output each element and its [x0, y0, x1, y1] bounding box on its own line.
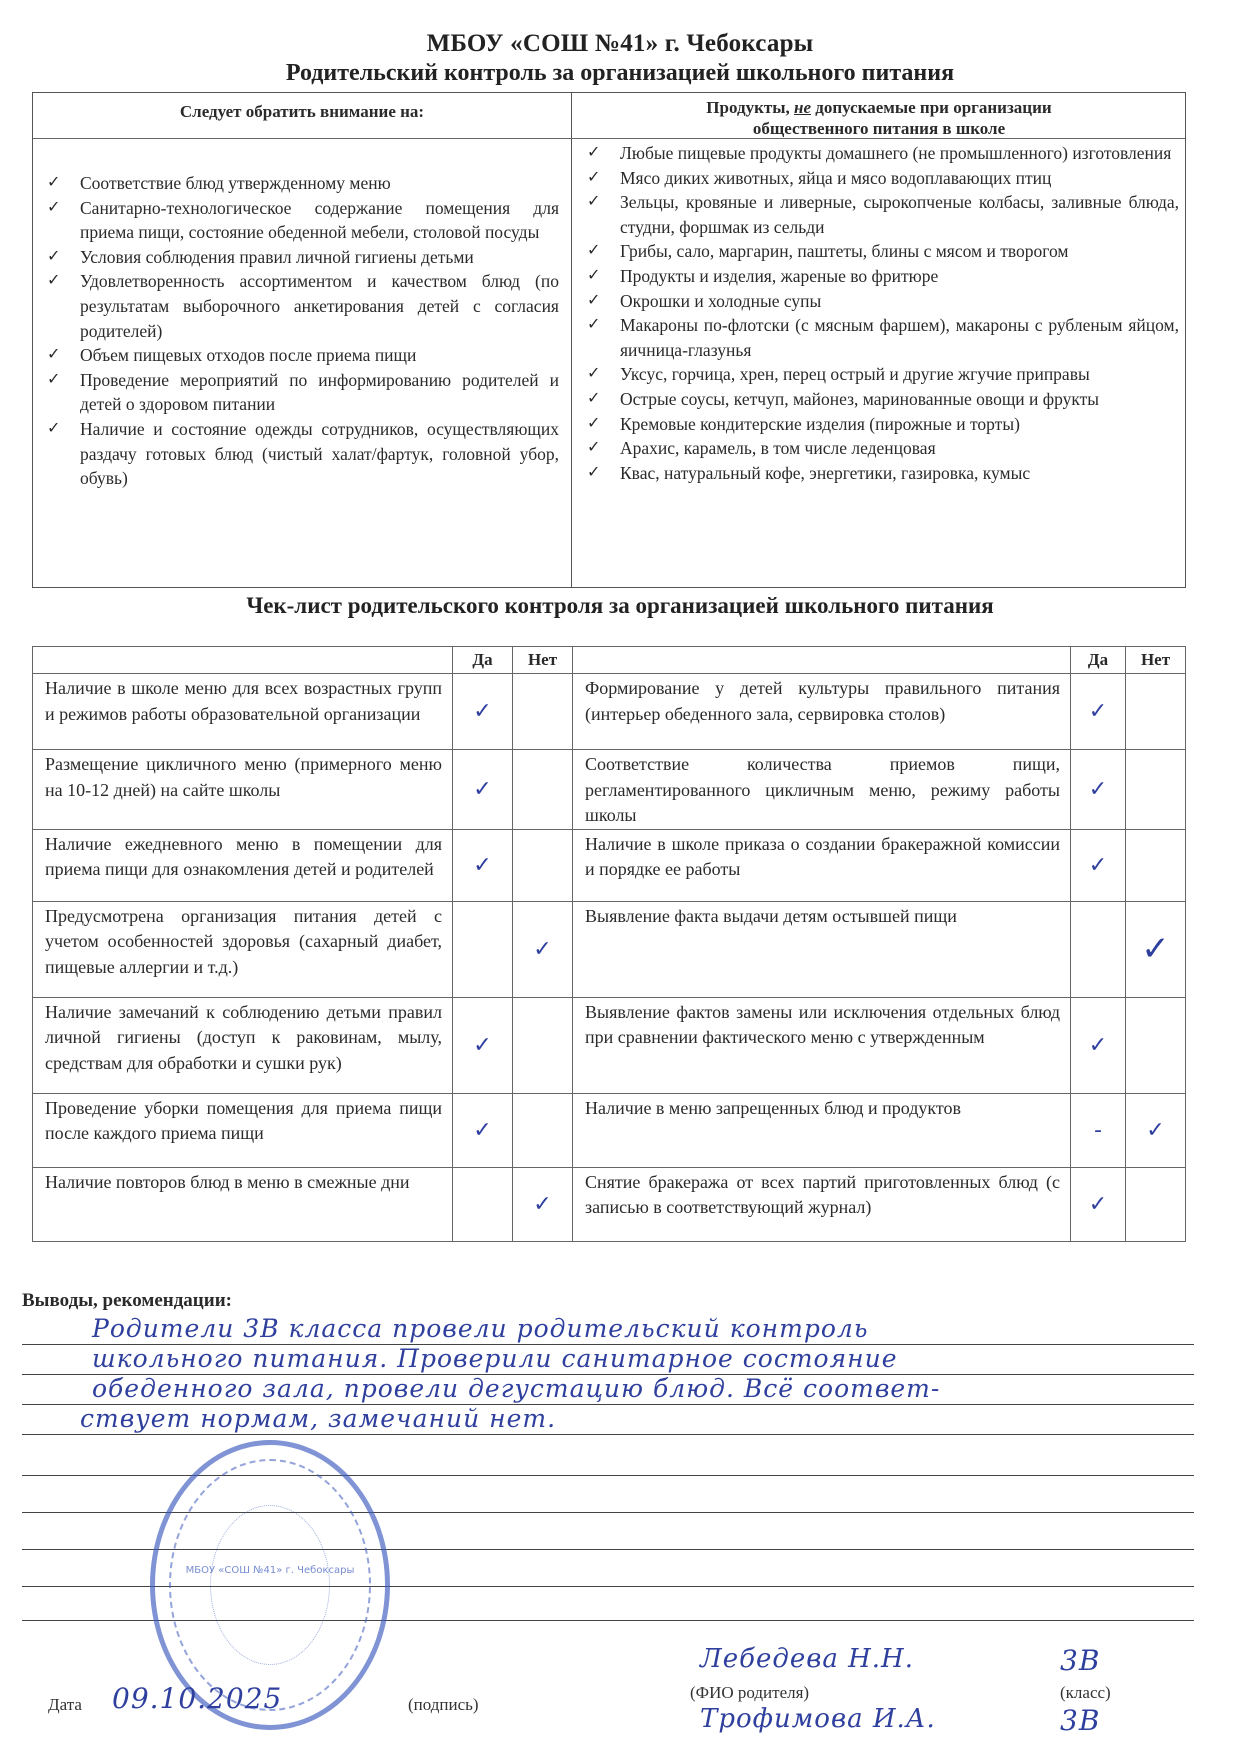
list-item-text: Условия соблюдения правил личной гигиены… [80, 247, 474, 267]
handwritten-check-icon: ✓ [473, 1118, 491, 1143]
handwritten-check-icon: ✓ [473, 777, 491, 802]
criterion-text: Наличие в меню запрещенных блюд и продук… [573, 1093, 1071, 1167]
list-item: ✓Квас, натуральный кофе, энергетики, газ… [579, 461, 1179, 486]
no-column-header: Нет [1126, 647, 1186, 674]
checklist-row: Наличие повторов блюд в меню в смежные д… [33, 1167, 1186, 1241]
list-item-text: Соответствие блюд утвержденному меню [80, 173, 391, 193]
stamp-text: МБОУ «СОШ №41» г. Чебоксары [175, 1565, 365, 1577]
no-checkbox-cell[interactable] [513, 829, 573, 901]
yes-checkbox-cell[interactable]: ✓ [1071, 750, 1126, 830]
list-item: ✓Арахис, карамель, в том числе леденцова… [579, 436, 1179, 461]
checkmark-icon: ✓ [587, 436, 600, 461]
checkmark-icon: ✓ [47, 171, 60, 196]
no-checkbox-cell[interactable] [1126, 1167, 1186, 1241]
list-item-text: Санитарно-технологическое содержание пом… [80, 198, 559, 243]
signature-label: (подпись) [408, 1695, 479, 1715]
criterion-text: Снятие бракеража от всех партий приготов… [573, 1167, 1071, 1241]
no-checkbox-cell[interactable] [1126, 750, 1186, 830]
info-table: Следует обратить внимание на: Продукты, … [32, 92, 1186, 588]
handwritten-check-icon: ✓ [1089, 1033, 1107, 1058]
header-text: общественного питания в школе [753, 119, 1005, 138]
checkmark-icon: ✓ [587, 289, 600, 314]
list-item: ✓Проведение мероприятий по информировани… [39, 368, 559, 417]
list-item: ✓Санитарно-технологическое содержание по… [39, 196, 559, 245]
yes-checkbox-cell[interactable]: ✓ [453, 674, 513, 750]
handwritten-check-icon: ✓ [1089, 853, 1107, 878]
no-checkbox-cell[interactable]: ✓ [1126, 1093, 1186, 1167]
handwritten-conclusion-line[interactable]: ствует нормам, замечаний нет. [80, 1404, 556, 1433]
checkmark-icon: ✓ [587, 264, 600, 289]
handwritten-check-icon: ✓ [1089, 1192, 1107, 1217]
yes-column-header: Да [453, 647, 513, 674]
list-item-text: Окрошки и холодные супы [620, 291, 821, 311]
list-item-text: Арахис, карамель, в том числе леденцовая [620, 438, 936, 458]
list-item: ✓Удовлетворенность ассортиментом и качес… [39, 269, 559, 343]
checkmark-icon: ✓ [587, 190, 600, 215]
header-text: Продукты, [706, 98, 794, 117]
yes-checkbox-cell[interactable] [453, 1167, 513, 1241]
no-checkbox-cell[interactable] [1126, 674, 1186, 750]
no-checkbox-cell[interactable]: ✓ [513, 901, 573, 997]
list-item: ✓Уксус, горчица, хрен, перец острый и др… [579, 362, 1179, 387]
checkmark-icon: ✓ [587, 166, 600, 191]
list-item: ✓Продукты и изделия, жареные во фритюре [579, 264, 1179, 289]
date-label: Дата [48, 1695, 82, 1715]
checklist-row: Проведение уборки помещения для приема п… [33, 1093, 1186, 1167]
yes-checkbox-cell[interactable]: ✓ [1071, 997, 1126, 1093]
checkmark-icon: ✓ [47, 196, 60, 221]
checkmark-icon: ✓ [587, 239, 600, 264]
school-name: МБОУ «СОШ №41» г. Чебоксары [0, 30, 1240, 58]
checkmark-icon: ✓ [47, 245, 60, 270]
handwritten-check-icon: ✓ [473, 699, 491, 724]
checklist-row: Размещение цикличного меню (примерного м… [33, 750, 1186, 830]
yes-checkbox-cell[interactable]: ✓ [453, 997, 513, 1093]
yes-column-header: Да [1071, 647, 1126, 674]
parent1-signature[interactable]: Лебедева Н.Н. [700, 1644, 914, 1674]
document-title: Родительский контроль за организацией шк… [0, 60, 1240, 87]
yes-checkbox-cell[interactable]: ✓ [453, 1093, 513, 1167]
no-checkbox-cell[interactable] [513, 1093, 573, 1167]
list-item: ✓Макароны по-флотски (с мясным фаршем), … [579, 313, 1179, 362]
list-item-text: Кремовые кондитерские изделия (пирожные … [620, 414, 1020, 434]
list-item-text: Мясо диких животных, яйца и мясо водопла… [620, 168, 1051, 188]
list-item: ✓Зельцы, кровяные и ливерные, сырокопчен… [579, 190, 1179, 239]
criterion-text: Наличие повторов блюд в меню в смежные д… [33, 1167, 453, 1241]
checkmark-icon: ✓ [47, 269, 60, 294]
handwritten-conclusion-line[interactable]: школьного питания. Проверили санитарное … [92, 1344, 898, 1373]
parent1-class[interactable]: 3В [1060, 1644, 1100, 1677]
no-checkbox-cell[interactable] [513, 997, 573, 1093]
list-item: ✓Кремовые кондитерские изделия (пирожные… [579, 412, 1179, 437]
yes-checkbox-cell[interactable]: - [1071, 1093, 1126, 1167]
list-item: ✓Соответствие блюд утвержденному меню [39, 171, 559, 196]
forbidden-products-list: ✓Любые пищевые продукты домашнего (не пр… [579, 141, 1179, 485]
no-checkbox-cell[interactable]: ✓ [513, 1167, 573, 1241]
handwritten-check-icon: ✓ [1089, 777, 1107, 802]
criterion-text: Соответствие количества приемов пищи, ре… [573, 750, 1071, 830]
attention-list: ✓Соответствие блюд утвержденному меню✓Са… [39, 171, 559, 491]
parent-name-label: (ФИО родителя) [690, 1683, 809, 1703]
checkmark-icon: ✓ [587, 412, 600, 437]
list-item-text: Зельцы, кровяные и ливерные, сырокопчены… [620, 192, 1179, 237]
checkmark-icon: ✓ [47, 417, 60, 442]
criterion-text: Наличие замечаний к соблюдению детьми пр… [33, 997, 453, 1093]
checkmark-icon: ✓ [587, 461, 600, 486]
checklist-title: Чек-лист родительского контроля за орган… [0, 593, 1240, 619]
criterion-text: Предусмотрена организация питания детей … [33, 901, 453, 997]
parent2-class[interactable]: 3В [1060, 1704, 1100, 1737]
checklist-row: Наличие в школе меню для всех возрастных… [33, 674, 1186, 750]
list-item: ✓Острые соусы, кетчуп, майонез, маринова… [579, 387, 1179, 412]
handwritten-check-icon: ✓ [1089, 699, 1107, 724]
column-divider [571, 93, 572, 587]
list-item-text: Наличие и состояние одежды сотрудников, … [80, 419, 559, 488]
criterion-header [33, 647, 453, 674]
list-item-text: Грибы, сало, маргарин, паштеты, блины с … [620, 241, 1068, 261]
checkmark-icon: ✓ [587, 141, 600, 166]
yes-checkbox-cell[interactable] [1071, 901, 1126, 997]
list-item-text: Продукты и изделия, жареные во фритюре [620, 266, 938, 286]
list-item: ✓Мясо диких животных, яйца и мясо водопл… [579, 166, 1179, 191]
criterion-text: Наличие ежедневного меню в помещении для… [33, 829, 453, 901]
list-item: ✓Грибы, сало, маргарин, паштеты, блины с… [579, 239, 1179, 264]
criterion-text: Выявление фактов замены или исключения о… [573, 997, 1071, 1093]
handwritten-check-icon: ✓ [473, 853, 491, 878]
list-item-text: Удовлетворенность ассортиментом и качест… [80, 271, 559, 340]
checklist-row: Наличие ежедневного меню в помещении для… [33, 829, 1186, 901]
parent2-signature[interactable]: Трофимова И.А. [700, 1704, 936, 1734]
list-item: ✓Окрошки и холодные супы [579, 289, 1179, 314]
checkmark-icon: ✓ [587, 313, 600, 338]
list-item-text: Объем пищевых отходов после приема пищи [80, 345, 416, 365]
date-value[interactable]: 09.10.2025 [112, 1682, 282, 1715]
list-item-text: Уксус, горчица, хрен, перец острый и дру… [620, 364, 1090, 384]
yes-checkbox-cell[interactable] [453, 901, 513, 997]
handwritten-check-icon: - [1094, 1118, 1102, 1143]
criterion-text: Наличие в школе приказа о создании браке… [573, 829, 1071, 901]
checkmark-icon: ✓ [47, 368, 60, 393]
handwritten-check-icon: ✓ [533, 1192, 551, 1217]
list-item-text: Макароны по-флотски (с мясным фаршем), м… [620, 315, 1179, 360]
checklist-row: Наличие замечаний к соблюдению детьми пр… [33, 997, 1186, 1093]
criterion-text: Формирование у детей культуры правильног… [573, 674, 1071, 750]
no-checkbox-cell[interactable] [513, 674, 573, 750]
list-item: ✓Наличие и состояние одежды сотрудников,… [39, 417, 559, 491]
handwritten-check-icon: ✓ [1141, 929, 1170, 969]
yes-checkbox-cell[interactable]: ✓ [453, 829, 513, 901]
list-item: ✓Условия соблюдения правил личной гигиен… [39, 245, 559, 270]
checkmark-icon: ✓ [587, 387, 600, 412]
no-checkbox-cell[interactable] [513, 750, 573, 830]
no-checkbox-cell[interactable]: ✓ [1126, 901, 1186, 997]
no-checkbox-cell[interactable] [1126, 829, 1186, 901]
forbidden-products-header: Продукты, не допускаемые при организации… [571, 97, 1187, 139]
handwritten-check-icon: ✓ [1146, 1118, 1164, 1143]
no-column-header: Нет [513, 647, 573, 674]
handwritten-conclusion-line[interactable]: обеденного зала, провели дегустацию блюд… [92, 1374, 940, 1403]
list-item-text: Квас, натуральный кофе, энергетики, гази… [620, 463, 1030, 483]
checklist-table: Да Нет Да Нет Наличие в школе меню для в… [32, 646, 1186, 1242]
yes-checkbox-cell[interactable]: ✓ [1071, 1167, 1126, 1241]
handwritten-check-icon: ✓ [473, 1033, 491, 1058]
yes-checkbox-cell[interactable]: ✓ [453, 750, 513, 830]
checklist-header-row: Да Нет Да Нет [33, 647, 1186, 674]
checklist-row: Предусмотрена организация питания детей … [33, 901, 1186, 997]
writing-line [22, 1434, 1194, 1435]
conclusions-label: Выводы, рекомендации: [22, 1290, 232, 1312]
list-item: ✓Объем пищевых отходов после приема пищи [39, 343, 559, 368]
handwritten-conclusion-line[interactable]: Родители 3В класса провели родительский … [92, 1314, 868, 1343]
list-item-text: Острые соусы, кетчуп, майонез, маринован… [620, 389, 1099, 409]
criterion-header [573, 647, 1071, 674]
criterion-text: Размещение цикличного меню (примерного м… [33, 750, 453, 830]
yes-checkbox-cell[interactable]: ✓ [1071, 674, 1126, 750]
handwritten-check-icon: ✓ [533, 937, 551, 962]
list-item-text: Любые пищевые продукты домашнего (не про… [620, 143, 1171, 163]
criterion-text: Наличие в школе меню для всех возрастных… [33, 674, 453, 750]
criterion-text: Выявление факта выдачи детям остывшей пи… [573, 901, 1071, 997]
criterion-text: Проведение уборки помещения для приема п… [33, 1093, 453, 1167]
yes-checkbox-cell[interactable]: ✓ [1071, 829, 1126, 901]
header-text: допускаемые при организации [811, 98, 1052, 117]
no-checkbox-cell[interactable] [1126, 997, 1186, 1093]
checkmark-icon: ✓ [587, 362, 600, 387]
checkmark-icon: ✓ [47, 343, 60, 368]
class-label: (класс) [1060, 1683, 1111, 1703]
list-item-text: Проведение мероприятий по информированию… [80, 370, 559, 415]
header-emphasis: не [794, 98, 811, 117]
list-item: ✓Любые пищевые продукты домашнего (не пр… [579, 141, 1179, 166]
attention-header: Следует обратить внимание на: [33, 101, 571, 122]
